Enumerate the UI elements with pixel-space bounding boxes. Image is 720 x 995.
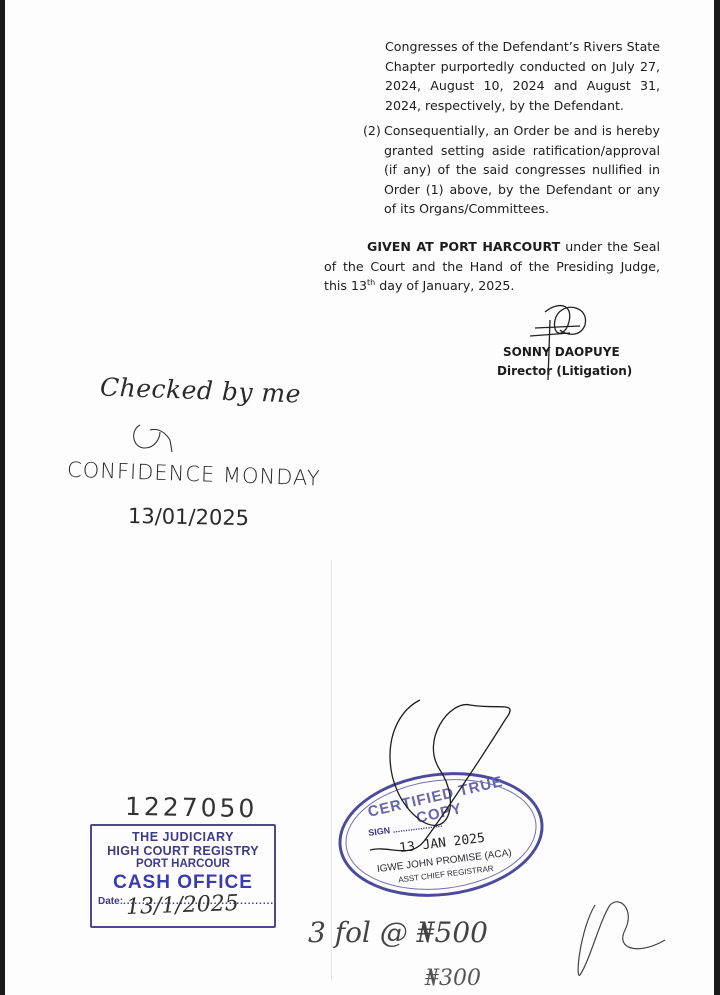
handwritten-check-date: 13/01/2025 [128, 504, 249, 530]
scan-border-right [714, 0, 720, 995]
given-lead: GIVEN AT PORT HARCOURT [367, 239, 560, 254]
paragraph-number: (2) [363, 121, 381, 141]
scan-border-left [0, 0, 5, 995]
signatory-title: Director (Litigation) [497, 364, 632, 378]
signatory-block: SONNY DAOPUYE Director (Litigation) [497, 343, 637, 381]
given-clause: GIVEN AT PORT HARCOURT under the Seal of… [324, 237, 660, 296]
certified-true-copy-stamp: CERTIFIED TRUE COPY SIGN ...............… [331, 761, 550, 908]
signatory-name: SONNY DAOPUYE [503, 343, 637, 362]
handwritten-checker-name: CONFIDENCE MONDAY [67, 458, 321, 491]
checker-initials [134, 425, 172, 452]
order-paragraph-2: (2) Consequentially, an Order be and is … [363, 121, 660, 219]
folio-fee-note: 3 fol @ ₦500 [308, 916, 488, 949]
paragraph-text: Consequentially, an Order be and is here… [384, 121, 660, 219]
cash-office-title: CASH OFFICE [92, 872, 274, 894]
cash-stamp-date: 13/1/2025 [126, 891, 240, 920]
handwritten-checked-note: Checked by me [100, 373, 302, 409]
order-paragraph-1-continuation: Congresses of the Defendant’s Rivers Sta… [385, 37, 660, 115]
receipt-number: 1227050 [125, 792, 258, 823]
bottom-signature [578, 902, 665, 976]
folio-fee-total: ₦300 [425, 966, 481, 991]
